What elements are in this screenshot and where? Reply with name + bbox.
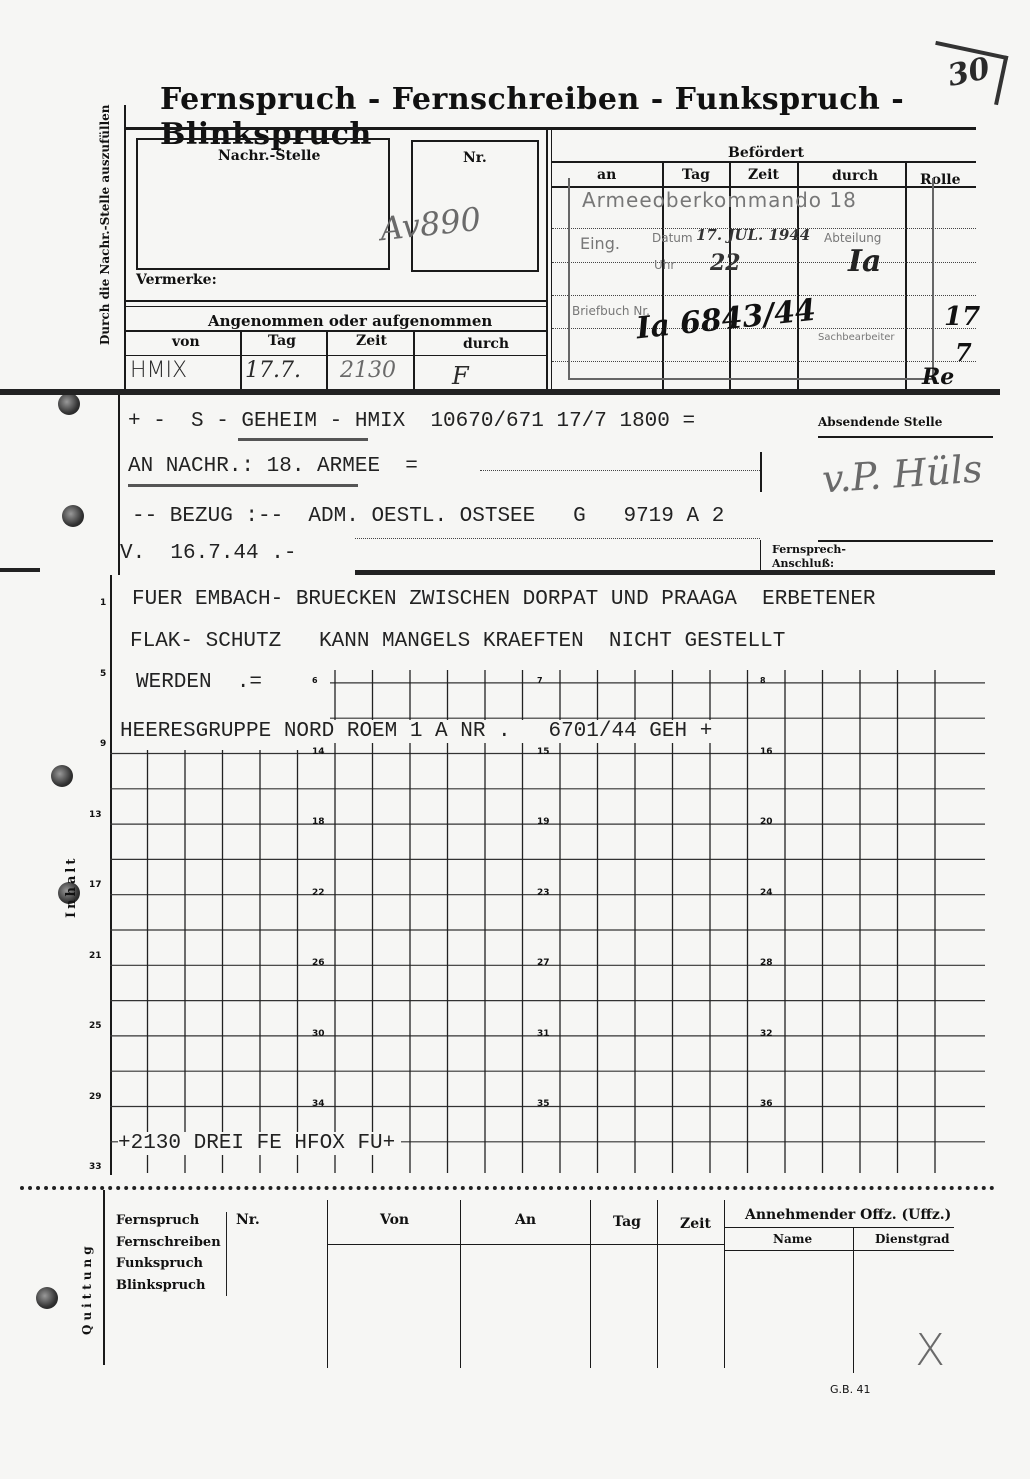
stamp-abteilung-label: Abteilung [824,231,881,245]
col-tag: Tag [268,333,296,349]
note-17: 17 [944,302,980,332]
form-code: G.B. 41 [830,1383,871,1396]
row-number: 17 [89,880,102,890]
grid-number: 18 [312,817,325,827]
vermerke-label: Vermerke: [136,272,217,288]
receipt-mark: X [915,1325,945,1376]
receipt-col-zeit: Zeit [680,1216,711,1232]
absendende-stelle-label: Absendende Stelle [818,415,942,429]
received-von: HMIX [130,358,187,383]
message-line-1: + - S - GEHEIM - HMIX 10670/671 17/7 180… [128,410,695,433]
row-number: 21 [89,951,102,961]
stamp-datum-value: 17. JUL. 1944 [696,226,810,244]
row-number: 25 [89,1021,102,1031]
grid-number: 8 [760,676,766,685]
col-zeit: Zeit [356,333,387,349]
punch-hole [36,1287,58,1309]
row-number: 1 [100,598,106,608]
grid-number: 32 [760,1029,773,1039]
col-durch: durch [463,336,509,352]
content-line-1: FUER EMBACH- BRUECKEN ZWISCHEN DORPAT UN… [132,588,882,611]
receipt-col-nr: Nr. [236,1212,260,1228]
col-von: von [172,334,200,350]
received-tag: 17.7. [245,358,301,383]
message-line-3: -- BEZUG :-- ADM. OESTL. OSTSEE G 9719 A… [132,505,724,528]
grid-number: 19 [537,817,550,827]
receipt-type-1: Fernspruch [116,1213,199,1228]
content-line-3: WERDEN .= [136,671,266,694]
punch-hole [58,393,80,415]
grid-number: 31 [537,1029,550,1039]
stamp-abteilung-value: Ia [848,244,881,279]
received-zeit: 2130 [340,358,396,383]
grid-number: 7 [537,676,543,685]
grid-number: 34 [312,1099,325,1109]
initials: Re [922,364,954,390]
stamp-eing: Eing. [580,234,620,253]
stamp-sachbearbeiter: Sachbearbeiter [818,332,895,343]
nachr-stelle-label: Nachr.-Stelle [218,148,320,164]
row-number: 5 [100,669,106,679]
received-durch: F [452,362,469,390]
anschluss-label: Anschluß: [772,557,834,570]
grid-number: 28 [760,958,773,968]
grid-number: 22 [312,888,325,898]
receiving-stamp: Armeeoberkommando 18 Eing. Datum 17. JUL… [568,178,934,380]
stamp-title: Armeeoberkommando 18 [582,188,857,212]
nachr-stelle-box: Nachr.-Stelle [136,138,390,270]
grid-number: 16 [760,747,773,757]
grid-number: 36 [760,1099,773,1109]
officer-title: Annehmender Offz. (Uffz.) [745,1207,951,1223]
grid-number: 23 [537,888,550,898]
row-number: 29 [89,1092,102,1102]
stamp-uhr-label: Uhr [654,258,675,272]
receipt-col-von: Von [380,1212,409,1228]
officer-col-name: Name [773,1232,812,1246]
row-number: 13 [89,810,102,820]
grid-number: 14 [312,747,325,757]
punch-hole [51,765,73,787]
nr-label: Nr. [463,150,487,166]
side-label-content: Inhalt [64,856,79,918]
brace [222,1212,227,1296]
note-7: 7 [955,338,972,367]
received-title: Angenommen oder aufgenommen [208,312,492,330]
stamp-datum-label: Datum [652,231,693,245]
row-number: 9 [100,739,106,749]
receipt-type-3: Funkspruch [116,1256,203,1271]
fernsprech-label: Fernsprech- [772,543,846,556]
content-line-4: HEERESGRUPPE NORD ROEM 1 A NR . 6701/44 … [120,720,718,743]
grid-number: 26 [312,958,325,968]
receipt-type-2: Fernschreiben [116,1235,221,1250]
grid-number: 15 [537,747,550,757]
side-label-receipt: Quittung [80,1242,94,1335]
grid-number: 20 [760,817,773,827]
grid-number: 30 [312,1029,325,1039]
perforation [20,1186,995,1190]
grid-number: 24 [760,888,773,898]
stamp-uhr-value: 22 [710,250,741,276]
grid-number: 27 [537,958,550,968]
receipt-type-4: Blinkspruch [116,1278,205,1293]
row-number: 33 [89,1162,102,1172]
message-line-4: V. 16.7.44 .- [120,542,296,565]
befoerdert-title: Befördert [728,145,804,161]
receipt-col-an: An [515,1212,536,1228]
signature: v.P. Hüls [821,446,984,501]
side-label-top: Durch die Nachr.-Stelle auszufüllen [98,104,112,345]
officer-col-dienstgrad: Dienstgrad [875,1232,950,1246]
message-line-2: AN NACHR.: 18. ARMEE = [128,455,418,478]
content-grid [110,575,990,1175]
content-footer-line: +2130 DREI FE HFOX FU+ [118,1132,401,1155]
punch-hole [62,505,84,527]
receipt-col-tag: Tag [613,1214,641,1230]
grid-number: 6 [312,676,318,685]
grid-number: 35 [537,1099,550,1109]
content-line-2: FLAK- SCHUTZ KANN MANGELS KRAEFTEN NICHT… [130,630,791,653]
